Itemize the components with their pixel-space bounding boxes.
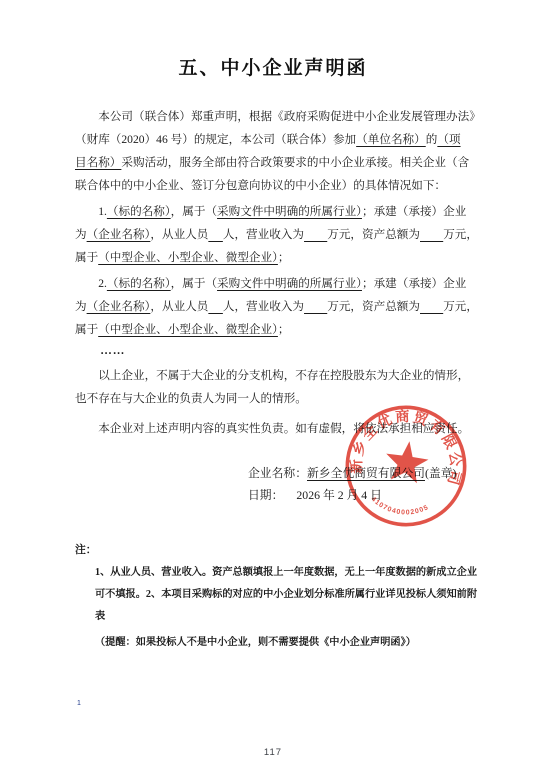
footnote-marker: 1 [77, 700, 81, 708]
page-number: 117 [0, 747, 546, 758]
text-line: （财库（2020）46 号）的规定，本公司（联合体）参加（单位名称）的（项 [75, 128, 477, 151]
text-line: 2.（标的名称），属于（采购文件中明确的所属行业）；承建（承接）企业 [75, 272, 477, 295]
note-line: 1、从业人员、营业收入。资产总额填报上一年度数据，无上一年度数据的新成立企业 [95, 562, 479, 584]
notes-block: 注：1、从业人员、营业收入。资产总额填报上一年度数据，无上一年度数据的新成立企业… [75, 541, 479, 654]
company-seal-stamp: 新乡全优商贸有限公司 4107040002005 [328, 388, 484, 544]
date-label: 日期： [248, 488, 283, 502]
paragraph-intro: 本公司（联合体）郑重声明，根据《政府采购促进中小企业发展管理办法》（财库（202… [75, 105, 477, 197]
text-line: 1.（标的名称），属于（采购文件中明确的所属行业）；承建（承接）企业 [75, 200, 477, 223]
document-body: 本公司（联合体）郑重声明，根据《政府采购促进中小企业发展管理办法》（财库（202… [75, 105, 477, 440]
star-icon [383, 438, 431, 484]
document-page: 五、中小企业声明函 本公司（联合体）郑重声明，根据《政府采购促进中小企业发展管理… [0, 0, 546, 782]
ellipsis-line: …… [75, 343, 477, 359]
text-line: 以上企业，不属于大企业的分支机构，不存在控股股东为大企业的情形， [75, 364, 477, 387]
note-lines: 1、从业人员、营业收入。资产总额填报上一年度数据，无上一年度数据的新成立企业可不… [95, 562, 479, 654]
text-line: 本公司（联合体）郑重声明，根据《政府采购促进中小企业发展管理办法》 [75, 105, 477, 128]
notes-label: 注： [75, 541, 479, 559]
paragraph-item-1: 1.（标的名称），属于（采购文件中明确的所属行业）；承建（承接）企业为（企业名称… [75, 200, 477, 269]
note-reminder: （提醒：如果投标人不是中小企业，则不需要提供《中小企业声明函》） [95, 632, 479, 654]
text-line: 属于（中型企业、小型企业、微型企业）； [75, 246, 477, 269]
note-line: 可不填报。2、本项目采购标的对应的中小企业划分标准所属行业详见投标人须知前附 [95, 584, 479, 606]
text-line: 目名称）采购活动，服务全部由符合政策要求的中小企业承接。相关企业（含 [75, 151, 477, 174]
text-line: 为（企业名称），从业人员 人，营业收入为 万元，资产总额为 万元， [75, 295, 477, 318]
paragraph-item-2: 2.（标的名称），属于（采购文件中明确的所属行业）；承建（承接）企业为（企业名称… [75, 272, 477, 341]
company-name-label: 企业名称： [248, 466, 307, 480]
page-title: 五、中小企业声明函 [0, 0, 546, 80]
text-line: 联合体中的中小企业、签订分包意向协议的中小企业）的具体情况如下： [75, 174, 477, 197]
text-line: 属于（中型企业、小型企业、微型企业）； [75, 318, 477, 341]
text-line: 为（企业名称），从业人员 人，营业收入为 万元，资产总额为 万元， [75, 223, 477, 246]
note-line: 表 [95, 606, 479, 628]
